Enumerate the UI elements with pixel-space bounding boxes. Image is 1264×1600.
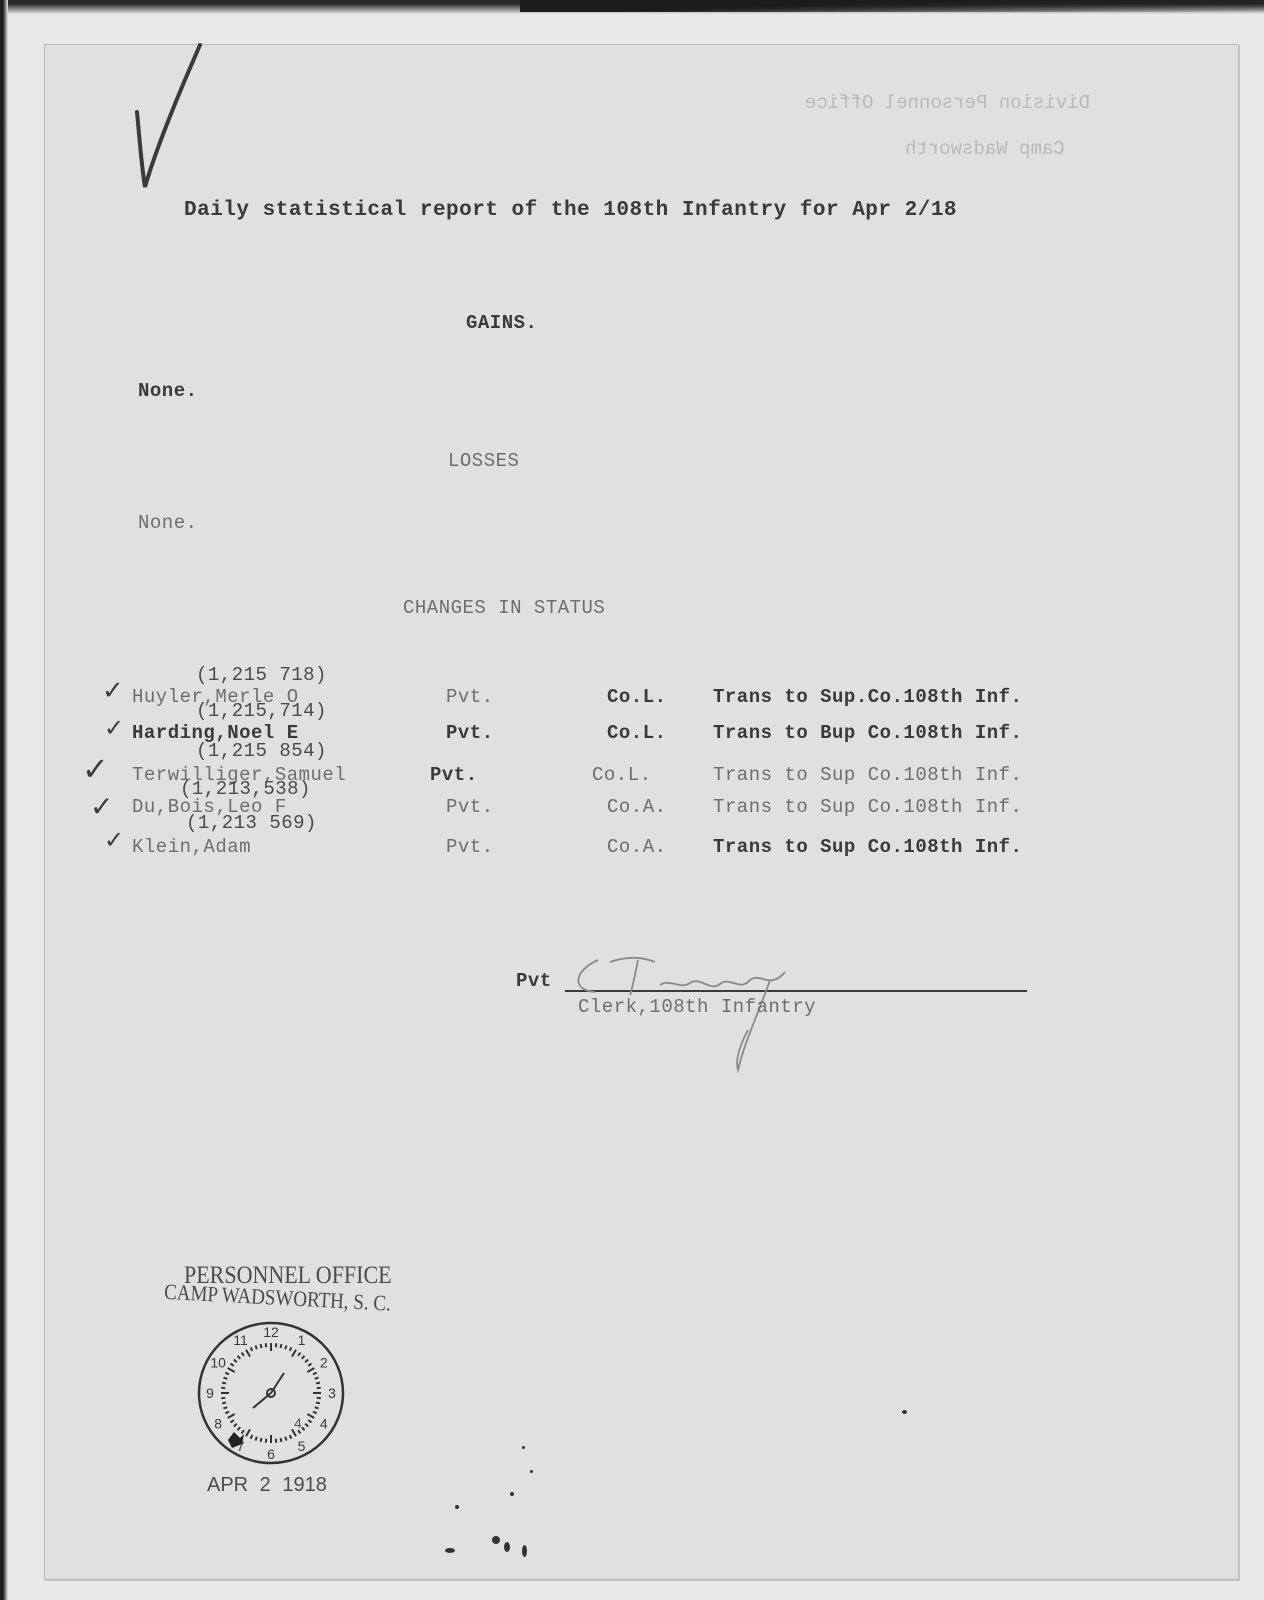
- svg-text:2: 2: [320, 1355, 328, 1371]
- svg-text:11: 11: [233, 1332, 248, 1348]
- large-check-mark-icon: [125, 42, 205, 192]
- check-mark-icon: ✓: [102, 676, 124, 706]
- svg-text:9: 9: [206, 1385, 214, 1401]
- scan-border-left: [0, 0, 8, 1600]
- svg-text:3: 3: [328, 1385, 336, 1401]
- action: Trans to Sup Co.108th Inf.: [713, 836, 1022, 858]
- company: Co.L.: [607, 686, 667, 708]
- changes-heading: CHANGES IN STATUS: [403, 597, 605, 619]
- losses-body: None.: [138, 512, 198, 534]
- svg-text:10: 10: [210, 1355, 226, 1371]
- soldier-name: Klein,Adam: [132, 836, 251, 858]
- rank: Pvt.: [446, 836, 494, 858]
- svg-text:6: 6: [267, 1446, 275, 1462]
- company: Co.L.: [592, 764, 652, 786]
- serial-number: (1,215 718): [196, 664, 327, 686]
- svg-text:1: 1: [298, 1332, 306, 1348]
- company: Co.A.: [607, 796, 667, 818]
- svg-text:12: 12: [263, 1324, 279, 1340]
- action: Trans to Sup.Co.108th Inf.: [713, 686, 1022, 708]
- bleedthrough-line-1: Division Personnel Office: [805, 92, 1090, 114]
- rank: Pvt.: [430, 764, 478, 786]
- serial-number: (1,215 854): [196, 740, 327, 762]
- serial-number: (1,215,714): [196, 700, 327, 722]
- gains-heading: GAINS.: [466, 312, 537, 334]
- stamp-date: APR 2 1918: [207, 1474, 327, 1497]
- rank: Pvt.: [446, 796, 494, 818]
- check-mark-icon: ✓: [104, 826, 124, 854]
- signature-title: Clerk,108th Infantry: [578, 996, 816, 1018]
- losses-heading: LOSSES: [448, 450, 519, 472]
- scan-shadow: [520, 0, 1264, 12]
- action: Trans to Bup Co.108th Inf.: [713, 722, 1022, 744]
- action: Trans to Sup Co.108th Inf.: [713, 764, 1022, 786]
- bleedthrough-line-2: Camp Wadsworth: [905, 138, 1065, 160]
- check-mark-icon: ✓: [104, 714, 124, 742]
- action: Trans to Sup Co.108th Inf.: [713, 796, 1022, 818]
- signature-rank-prefix: Pvt: [516, 970, 552, 992]
- check-mark-icon: ✓: [82, 750, 109, 788]
- rank: Pvt.: [446, 686, 494, 708]
- svg-text:5: 5: [298, 1438, 306, 1454]
- gains-body: None.: [138, 380, 198, 402]
- svg-text:8: 8: [214, 1416, 222, 1432]
- serial-number: (1,213 569): [186, 812, 317, 834]
- rank: Pvt.: [446, 722, 494, 744]
- company: Co.L.: [607, 722, 667, 744]
- check-mark-icon: ✓: [90, 790, 113, 823]
- handwritten-signature-icon: [570, 950, 820, 1090]
- svg-text:4: 4: [320, 1416, 328, 1432]
- company: Co.A.: [607, 836, 667, 858]
- time-stamp-clock-icon: 121234567891011 4: [196, 1318, 346, 1468]
- svg-text:4: 4: [294, 1415, 302, 1431]
- report-title: Daily statistical report of the 108th In…: [184, 199, 957, 222]
